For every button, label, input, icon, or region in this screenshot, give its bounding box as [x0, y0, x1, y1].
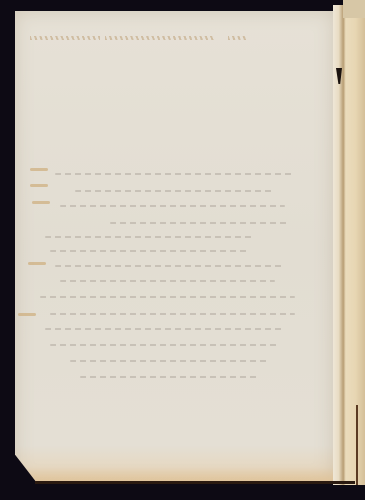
bleed-through-line [55, 173, 295, 175]
margin-mark [30, 168, 48, 171]
bleed-through-line [110, 222, 290, 224]
bleed-through-line [55, 265, 285, 267]
bleed-through-line [50, 344, 280, 346]
header-bleed-through [228, 36, 248, 40]
bleed-through-line [60, 205, 285, 207]
bleed-through-line [60, 280, 275, 282]
bleed-through-line [80, 376, 260, 378]
header-bleed-through [105, 36, 215, 40]
spine-top-edge [343, 0, 365, 18]
bleed-through-line [50, 250, 250, 252]
bleed-through-line [70, 360, 270, 362]
page-bottom-edge [35, 481, 355, 484]
binding-thread [356, 405, 358, 485]
bleed-through-line [45, 328, 285, 330]
margin-mark [28, 262, 46, 265]
bleed-through-line [75, 190, 275, 192]
bleed-through-line [45, 236, 255, 238]
header-bleed-through [30, 36, 100, 40]
margin-mark [18, 313, 36, 316]
margin-mark [30, 184, 48, 187]
manuscript-page [15, 11, 333, 483]
bleed-through-line [50, 313, 295, 315]
margin-mark [32, 201, 50, 204]
bleed-through-line [40, 296, 295, 298]
